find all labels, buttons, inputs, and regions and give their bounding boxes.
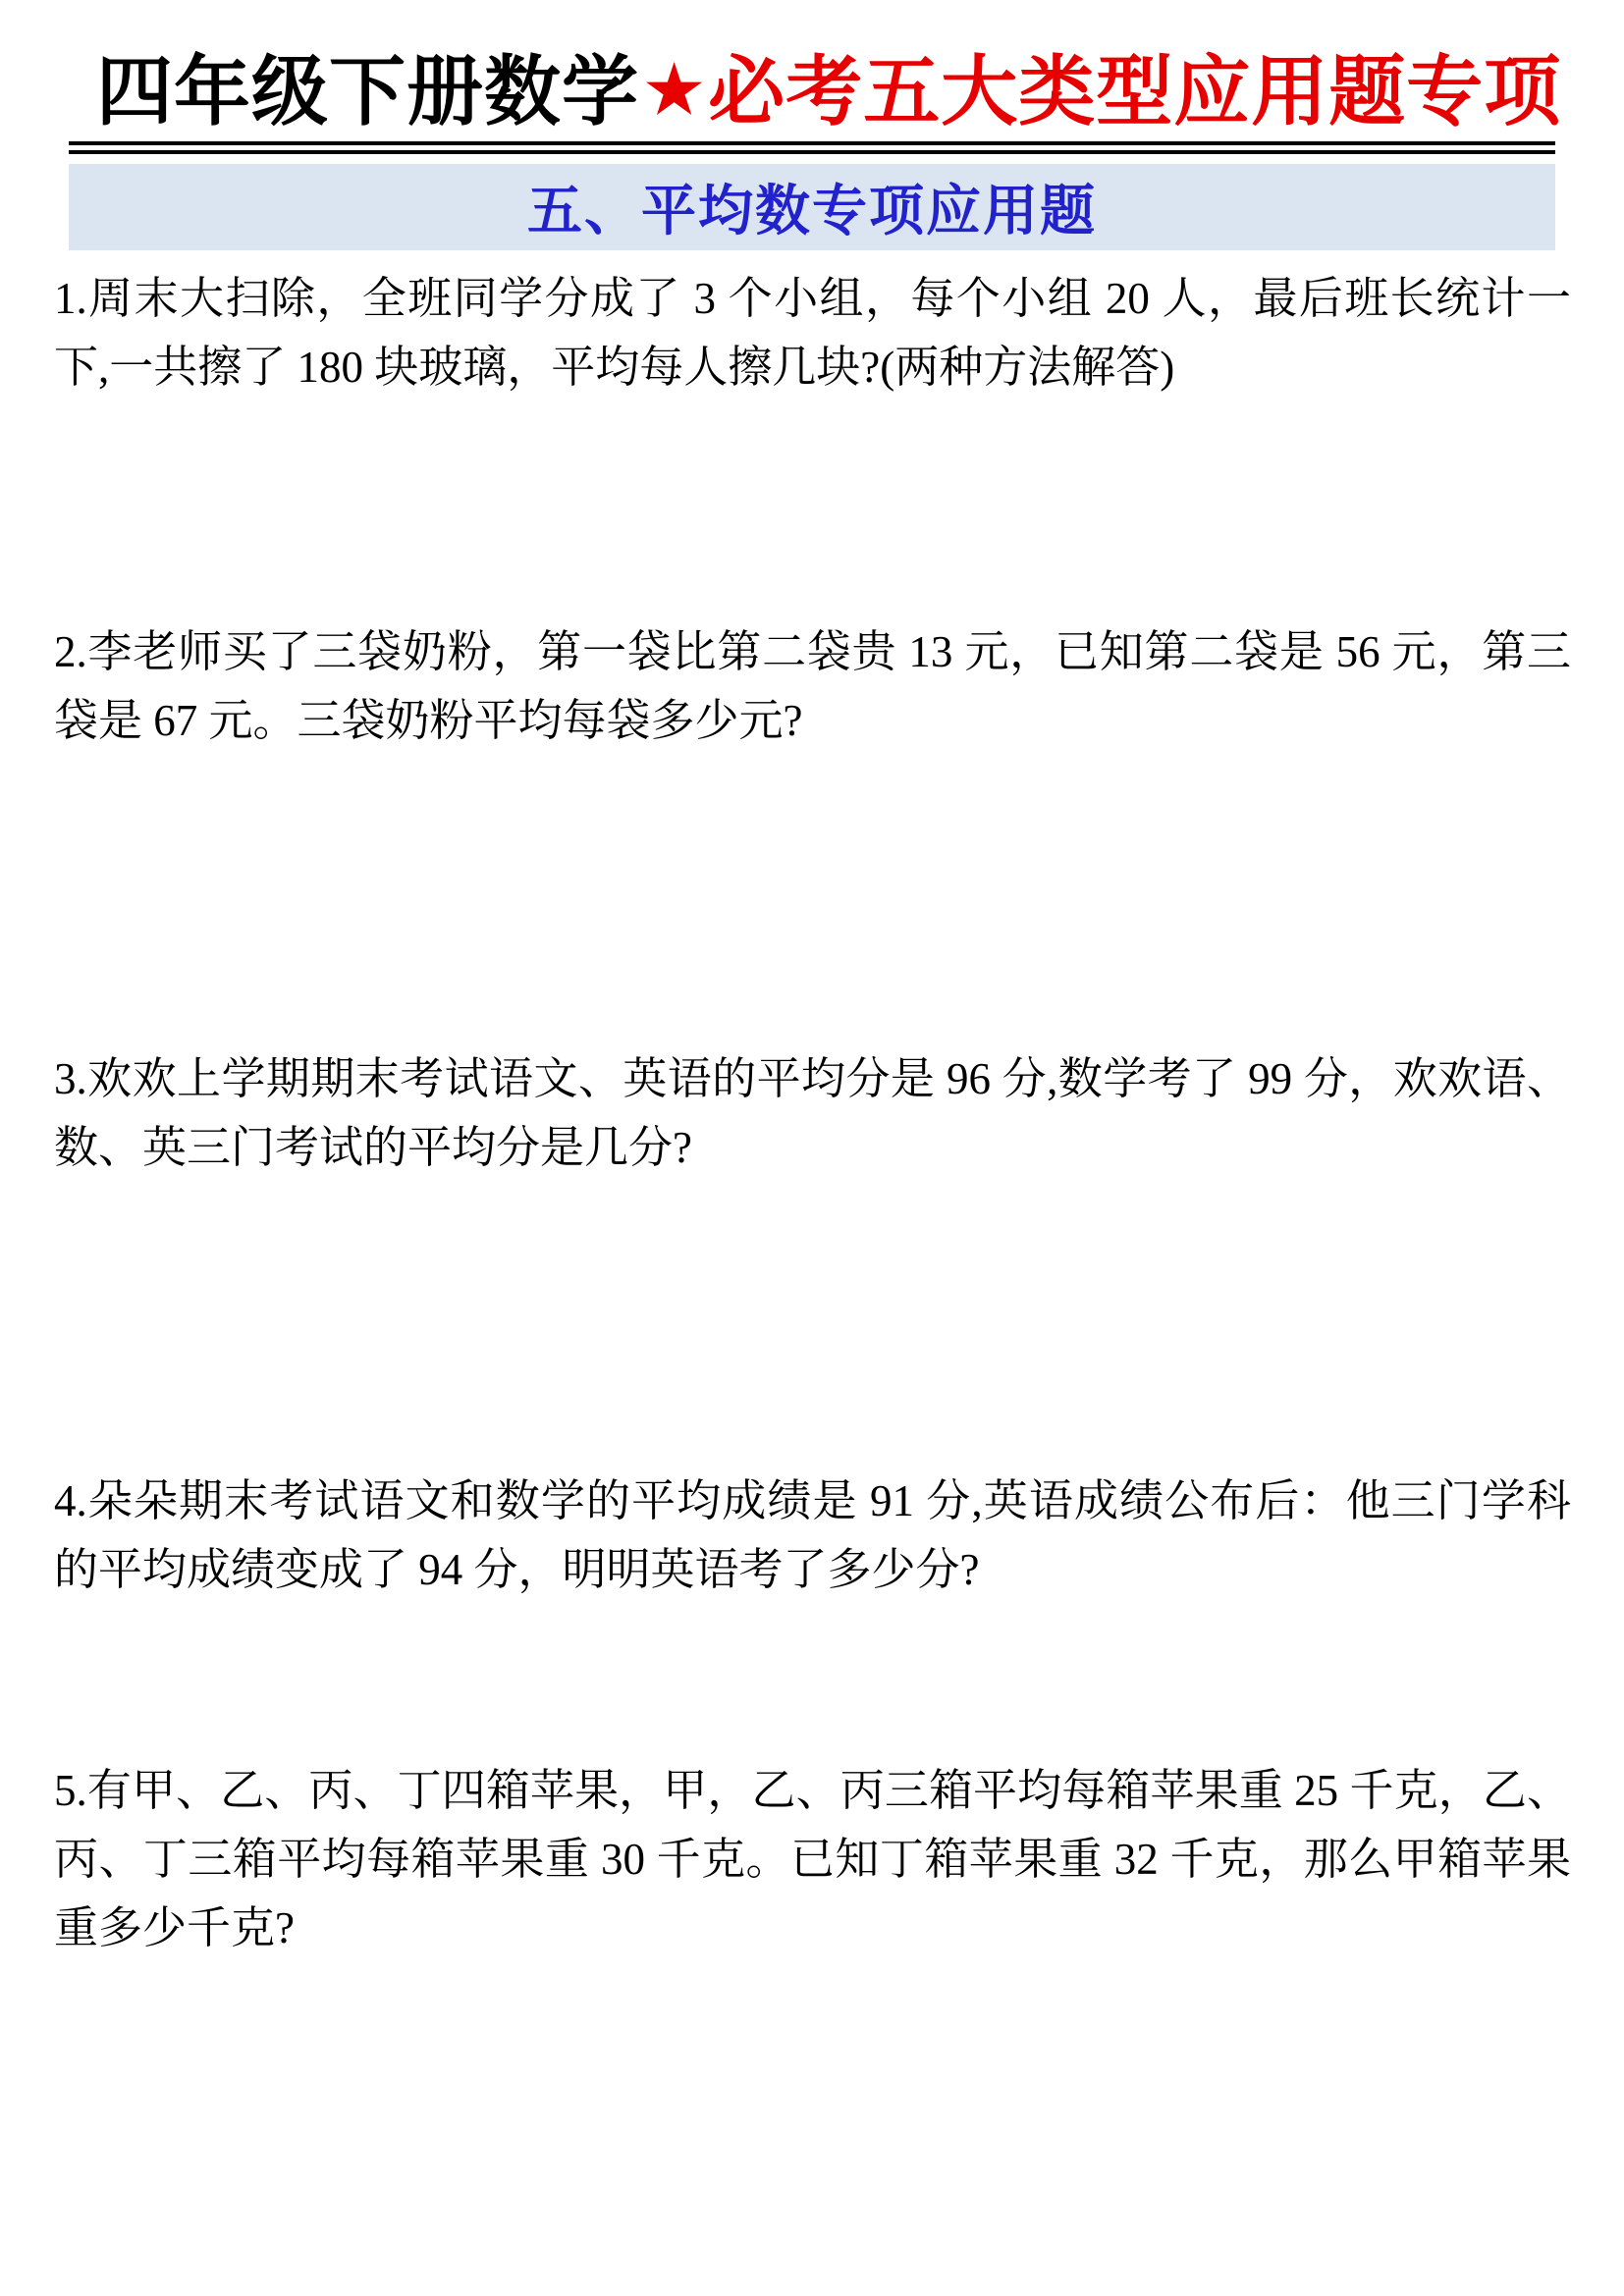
problem-2-number: 2. bbox=[54, 627, 87, 676]
problem-1-text: 周末大扫除，全班同学分成了 3 个小组，每个小组 20 人，最后班长统计一下,一… bbox=[54, 274, 1571, 392]
problem-3-number: 3. bbox=[54, 1054, 87, 1103]
star-icon: ★ bbox=[639, 55, 708, 127]
problem-1-number: 1. bbox=[54, 274, 87, 323]
section-title: 五、平均数专项应用题 bbox=[527, 168, 1097, 246]
problem-2-text: 李老师买了三袋奶粉，第一袋比第二袋贵 13 元，已知第二袋是 56 元，第三袋是… bbox=[54, 627, 1571, 745]
problem-2: 2.李老师买了三袋奶粉，第一袋比第二袋贵 13 元，已知第二袋是 56 元，第三… bbox=[54, 617, 1571, 755]
page-title: 四年级下册数学★必考五大类型应用题专项 bbox=[69, 47, 1555, 154]
title-topic-label: 必考五大类型应用题专项 bbox=[708, 49, 1561, 134]
problem-3: 3.欢欢上学期期末考试语文、英语的平均分是 96 分,数学考了 99 分，欢欢语… bbox=[54, 1044, 1571, 1182]
problem-3-text: 欢欢上学期期末考试语文、英语的平均分是 96 分,数学考了 99 分，欢欢语、数… bbox=[54, 1054, 1571, 1172]
problem-4-text: 朵朵期末考试语文和数学的平均成绩是 91 分,英语成绩公布后：他三门学科的平均成… bbox=[54, 1476, 1571, 1594]
problem-5: 5.有甲、乙、丙、丁四箱苹果，甲，乙、丙三箱平均每箱苹果重 25 千克，乙、丙、… bbox=[54, 1756, 1571, 1962]
problem-4: 4.朵朵期末考试语文和数学的平均成绩是 91 分,英语成绩公布后：他三门学科的平… bbox=[54, 1467, 1571, 1604]
problem-4-number: 4. bbox=[54, 1476, 87, 1525]
title-course-label: 四年级下册数学 bbox=[96, 49, 639, 134]
problem-5-text: 有甲、乙、丙、丁四箱苹果，甲，乙、丙三箱平均每箱苹果重 25 千克，乙、丙、丁三… bbox=[54, 1766, 1571, 1952]
problem-5-number: 5. bbox=[54, 1766, 87, 1815]
worksheet-header: 四年级下册数学★必考五大类型应用题专项 五、平均数专项应用题 bbox=[69, 0, 1555, 250]
problem-1: 1.周末大扫除，全班同学分成了 3 个小组，每个小组 20 人，最后班长统计一下… bbox=[54, 264, 1571, 401]
problems-list: 1.周末大扫除，全班同学分成了 3 个小组，每个小组 20 人，最后班长统计一下… bbox=[54, 264, 1571, 1962]
worksheet-page: 四年级下册数学★必考五大类型应用题专项 五、平均数专项应用题 1.周末大扫除，全… bbox=[0, 0, 1624, 2296]
section-heading-band: 五、平均数专项应用题 bbox=[69, 164, 1555, 250]
